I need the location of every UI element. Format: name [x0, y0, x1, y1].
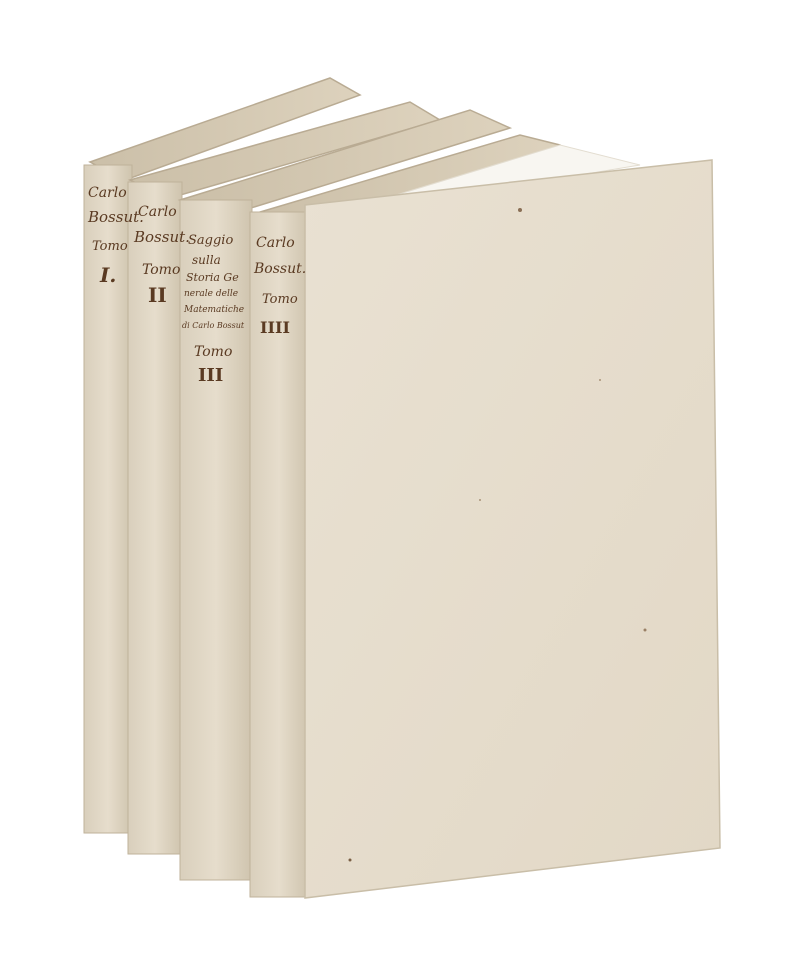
spine-line: I.: [100, 265, 116, 285]
spine-line: Tomo: [194, 345, 232, 359]
spine-line: sulla: [192, 254, 221, 266]
spine-line: Carlo: [256, 236, 295, 250]
book-4: [250, 135, 720, 898]
photo-scene: Carlo Bossut. Tomo I. Carlo Bossut. Tomo…: [0, 0, 800, 978]
spine-line: Bossut.: [134, 230, 190, 245]
spine-line: IIII: [260, 320, 290, 336]
spine-line: Matematiche: [184, 306, 244, 315]
spine-line: Tomo: [92, 240, 128, 253]
spine-line: Saggio: [188, 234, 233, 247]
books-illustration: [0, 0, 800, 978]
spine-line: Carlo: [138, 205, 177, 219]
spine-line: II: [148, 285, 167, 305]
spine-line: Tomo: [262, 293, 298, 306]
spine-line: di Carlo Bossut: [182, 322, 244, 330]
spine-line: Bossut.: [254, 262, 306, 276]
spine-line: III: [198, 367, 223, 385]
spine-line: Storia Ge: [186, 272, 239, 283]
spine-line: nerale delle: [184, 290, 238, 299]
spine-line: Carlo: [88, 186, 127, 200]
spine-line: Tomo: [142, 263, 180, 277]
spine-line: Bossut.: [88, 210, 144, 225]
